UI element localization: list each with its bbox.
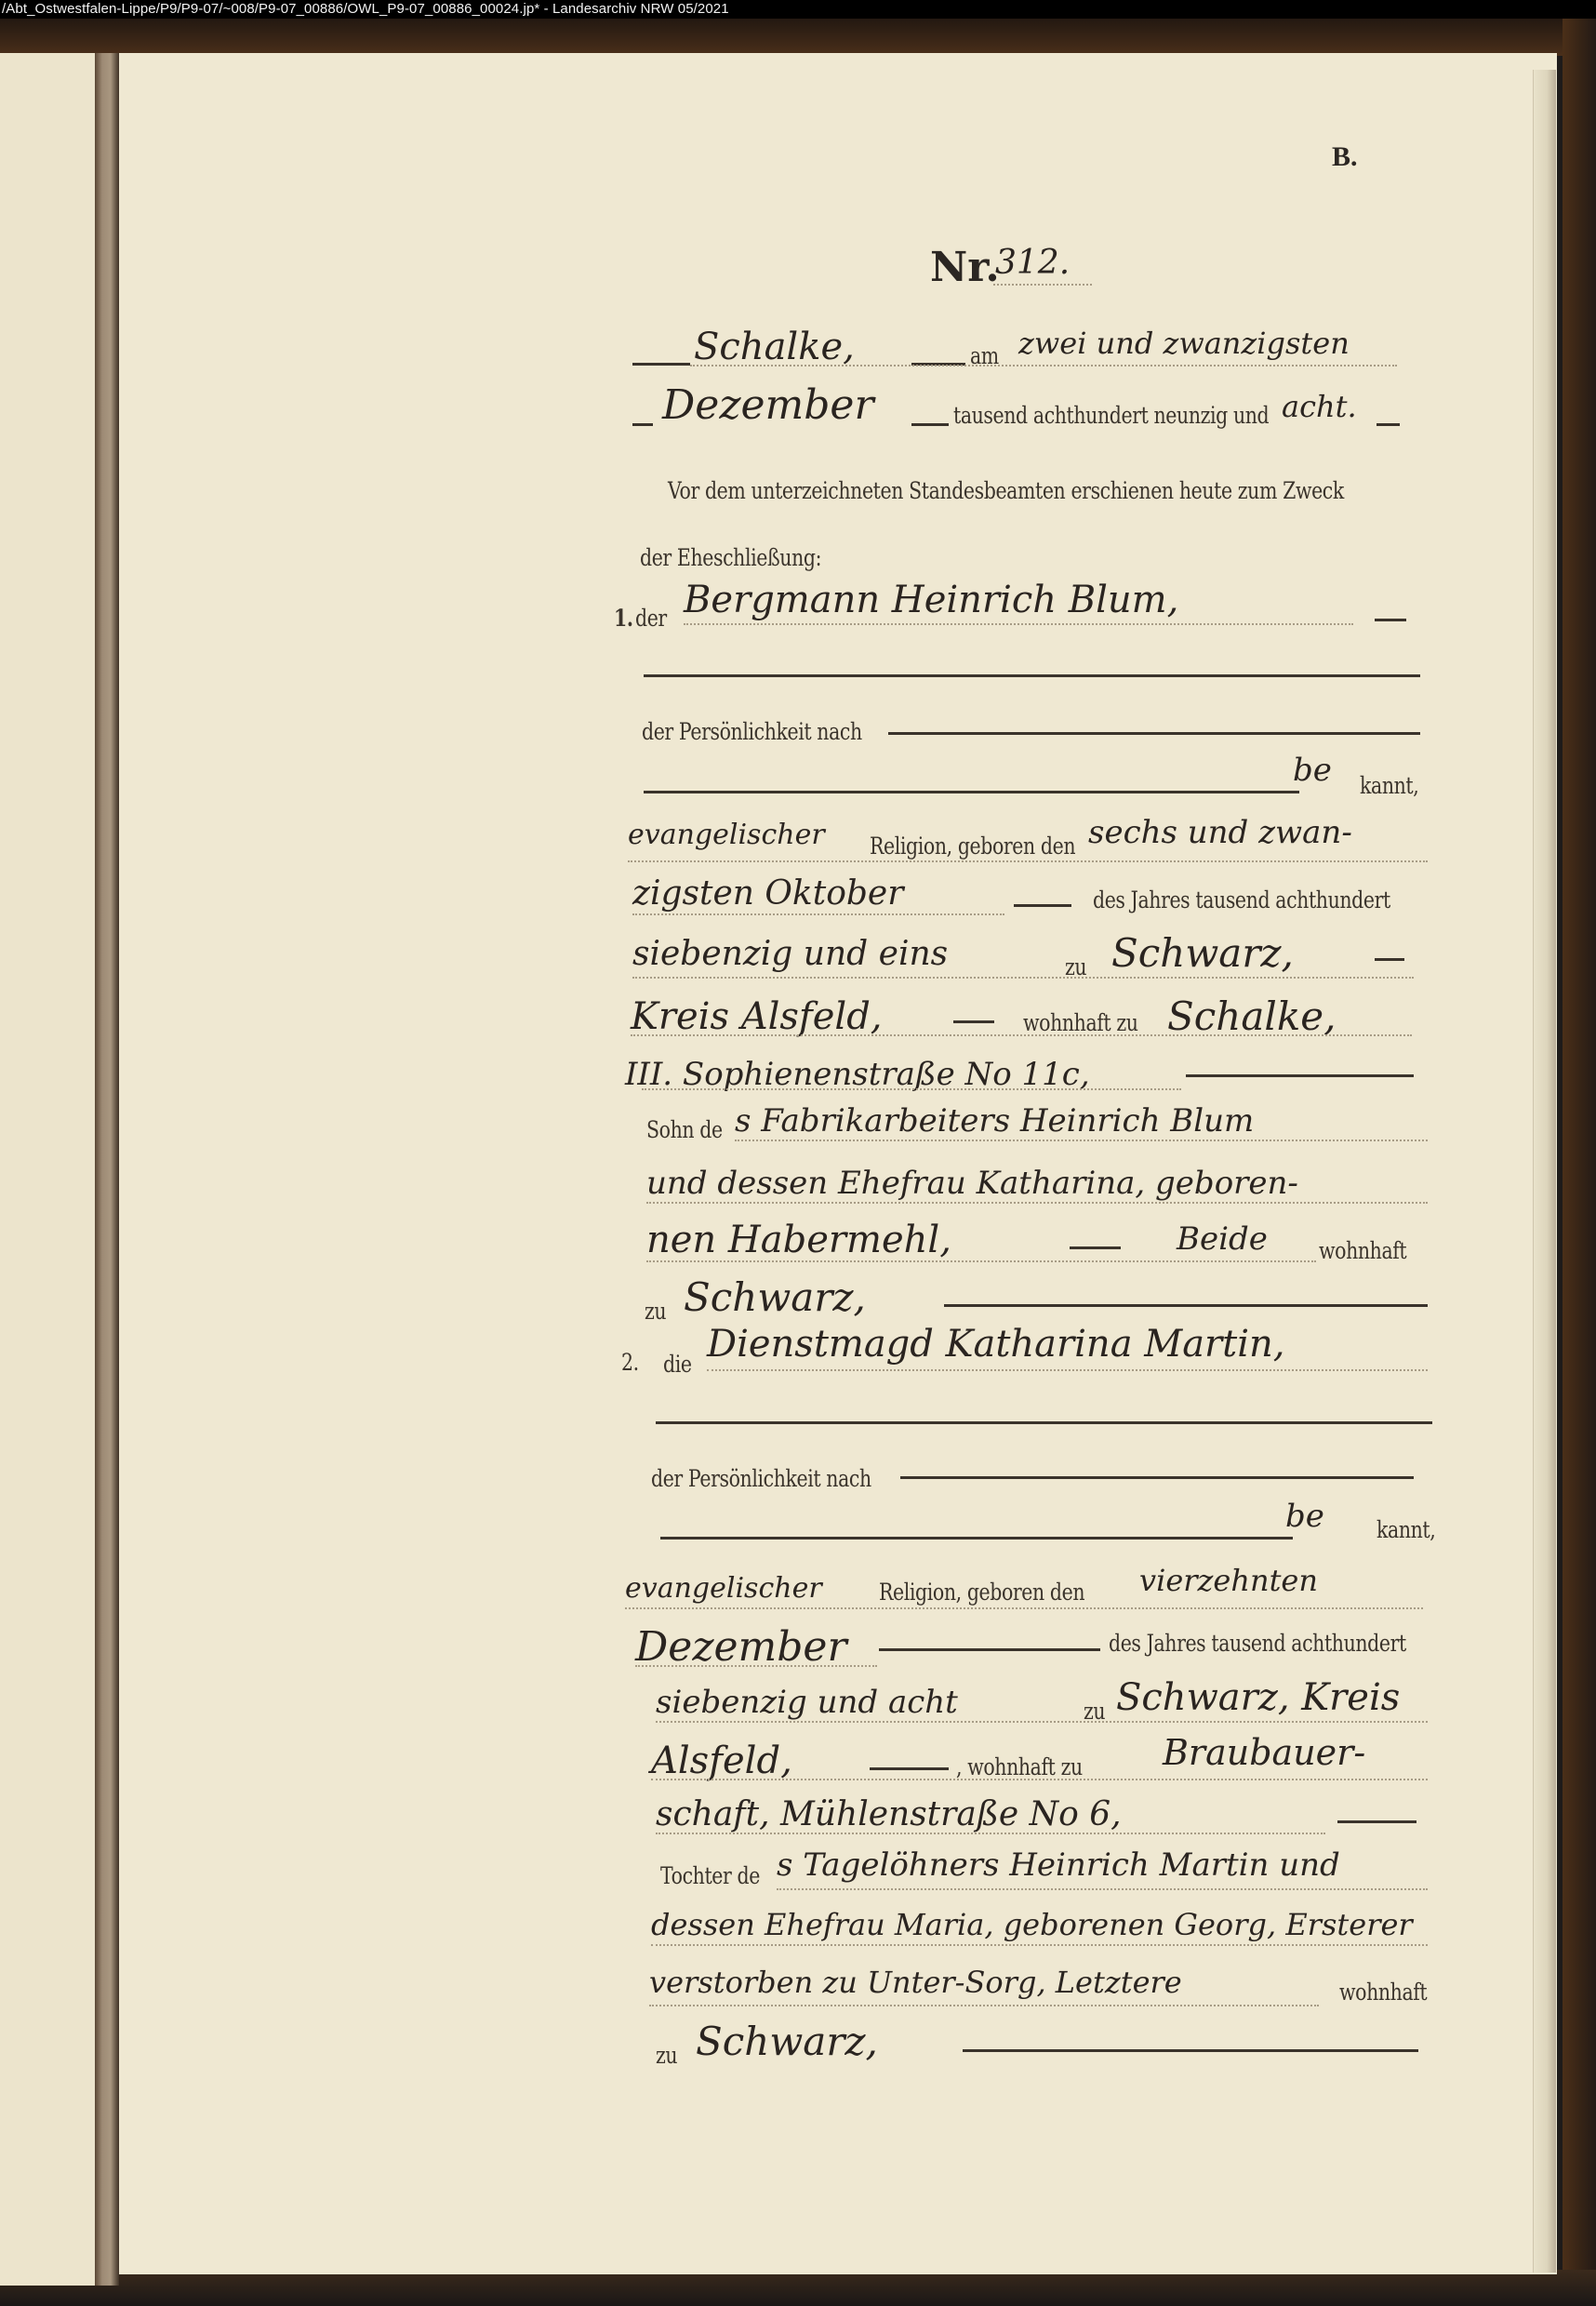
groom-parents-residence-label: wohnhaft bbox=[1319, 1237, 1406, 1264]
fill-rule bbox=[1375, 619, 1406, 621]
bride-known-label: kannt, bbox=[1377, 1516, 1435, 1543]
groom-article: der bbox=[635, 605, 667, 632]
fill-rule bbox=[632, 363, 690, 366]
dotted-line bbox=[656, 1833, 1325, 1834]
groom-father: s Fabrikarbeiters Heinrich Blum bbox=[735, 1102, 1254, 1140]
bride-mother-line: dessen Ehefrau Maria, geborenen Georg, E… bbox=[651, 1907, 1413, 1942]
bride-article: die bbox=[663, 1351, 692, 1378]
groom-residence-label: wohnhaft zu bbox=[1023, 1009, 1138, 1036]
groom-birth-year: siebenzig und eins bbox=[632, 935, 948, 973]
groom-birth-day-part1: sechs und zwan- bbox=[1088, 814, 1352, 851]
fill-rule bbox=[879, 1648, 1100, 1651]
header-place: Schalke, bbox=[694, 326, 855, 368]
bride-birth-year: siebenzig und acht bbox=[656, 1684, 958, 1721]
header-month: Dezember bbox=[662, 381, 874, 429]
bride-residence-label: , wohnhaft zu bbox=[956, 1753, 1083, 1780]
groom-religion: evangelischer bbox=[628, 819, 825, 851]
groom-identity-label: der Persönlichkeit nach bbox=[642, 718, 862, 745]
groom-year-label: des Jahres tausend achthundert bbox=[1093, 886, 1390, 913]
dotted-line bbox=[628, 860, 1428, 862]
dotted-line bbox=[656, 1721, 1428, 1723]
groom-birth-place: Schwarz, bbox=[1111, 930, 1294, 976]
groom-parents-residence: Schwarz, bbox=[684, 1274, 866, 1320]
intro-line-2: der Eheschließung: bbox=[640, 544, 821, 571]
blank-rule bbox=[656, 1421, 1432, 1424]
dotted-line bbox=[684, 623, 1353, 625]
fill-rule bbox=[1014, 904, 1071, 907]
fill-rule bbox=[953, 1020, 994, 1023]
fill-rule bbox=[911, 423, 949, 426]
book-cover-top-edge bbox=[0, 19, 1596, 56]
groom-number: 1. bbox=[614, 605, 633, 632]
bride-birth-month: Dezember bbox=[635, 1623, 847, 1671]
bride-number: 2. bbox=[621, 1349, 639, 1376]
left-page bbox=[0, 53, 95, 2286]
dotted-line bbox=[635, 1665, 877, 1667]
bride-residence-part1: Braubauer- bbox=[1163, 1732, 1365, 1773]
dotted-line bbox=[690, 365, 1397, 367]
dotted-line bbox=[649, 2005, 1319, 2006]
dotted-line bbox=[646, 1202, 1428, 1204]
blank-rule bbox=[644, 674, 1420, 677]
section-label: B. bbox=[1332, 141, 1358, 173]
bride-identity-label: der Persönlichkeit nach bbox=[651, 1465, 871, 1492]
bride-birth-district: Alsfeld, bbox=[651, 1739, 792, 1782]
blank-rule bbox=[644, 791, 1299, 793]
fill-rule bbox=[632, 423, 653, 426]
groom-mother-line: und dessen Ehefrau Katharina, geboren- bbox=[646, 1165, 1298, 1202]
bride-parents-residence: Schwarz, bbox=[696, 2019, 878, 2064]
blank-rule bbox=[900, 1476, 1414, 1479]
dotted-line bbox=[777, 1888, 1428, 1890]
groom-mother-maiden: nen Habermehl, bbox=[646, 1219, 951, 1261]
record-number-label: Nr. bbox=[930, 244, 1000, 291]
window-title-bar: /Abt_Ostwestfalen-Lippe/P9/P9-07/~008/P9… bbox=[0, 0, 1596, 19]
dotted-line bbox=[632, 913, 1004, 915]
groom-street: III. Sophienenstraße No 11c, bbox=[625, 1056, 1090, 1093]
intro-line-1: Vor dem unterzeichneten Standesbeamten e… bbox=[668, 477, 1344, 504]
header-year-label: tausend achthundert neunzig und bbox=[953, 402, 1269, 429]
page-stack-edge bbox=[1533, 70, 1556, 2273]
record-number: 312. bbox=[995, 244, 1070, 282]
book-cover-right-edge bbox=[1563, 19, 1596, 2306]
groom-parents-note: Beide bbox=[1177, 1220, 1268, 1258]
window-title: /Abt_Ostwestfalen-Lippe/P9/P9-07/~008/P9… bbox=[2, 1, 729, 17]
bride-birth-day: vierzehnten bbox=[1139, 1563, 1318, 1598]
blank-rule bbox=[888, 732, 1420, 735]
bride-father: s Tagelöhners Heinrich Martin und bbox=[777, 1846, 1340, 1884]
dotted-line bbox=[642, 1088, 1181, 1090]
blank-rule bbox=[660, 1537, 1293, 1540]
dotted-line bbox=[632, 977, 1414, 979]
bride-residence-part2: schaft, Mühlenstraße No 6, bbox=[656, 1795, 1122, 1833]
bride-deceased-line: verstorben zu Unter-Sorg, Letztere bbox=[649, 1965, 1182, 2000]
dotted-line bbox=[651, 1944, 1428, 1946]
bride-year-label: des Jahres tausend achthundert bbox=[1109, 1630, 1406, 1657]
dotted-line bbox=[625, 1607, 1423, 1609]
bride-daughter-label: Tochter de bbox=[660, 1862, 760, 1889]
groom-birth-day-part2: zigsten Oktober bbox=[632, 874, 903, 913]
dotted-line bbox=[651, 1779, 1428, 1780]
groom-son-label: Sohn de bbox=[646, 1116, 723, 1143]
fill-rule bbox=[963, 2049, 1418, 2052]
groom-known-prefix: be bbox=[1293, 752, 1332, 789]
header-day: zwei und zwanzigsten bbox=[1018, 326, 1350, 361]
dotted-line bbox=[707, 1369, 1428, 1371]
fill-rule bbox=[944, 1304, 1428, 1307]
book-cover-bottom-edge bbox=[0, 2270, 1596, 2306]
bride-parents-zu-label: zu bbox=[656, 2042, 677, 2069]
groom-known-label: kannt, bbox=[1360, 772, 1418, 799]
fill-rule bbox=[1375, 958, 1404, 961]
bride-name-occupation: Dienstmagd Katharina Martin, bbox=[707, 1323, 1285, 1366]
dotted-line bbox=[631, 1034, 1412, 1036]
bride-religion-label: Religion, geboren den bbox=[879, 1579, 1084, 1606]
book-gutter bbox=[95, 53, 119, 2286]
groom-birth-district: Kreis Alsfeld, bbox=[631, 995, 883, 1038]
groom-name-occupation: Bergmann Heinrich Blum, bbox=[684, 579, 1178, 621]
fill-rule bbox=[1337, 1820, 1416, 1823]
bride-religion: evangelischer bbox=[625, 1572, 822, 1605]
bride-known-prefix: be bbox=[1285, 1498, 1324, 1535]
groom-religion-label: Religion, geboren den bbox=[870, 833, 1075, 860]
record-number-dotted-line bbox=[993, 284, 1092, 286]
fill-rule bbox=[1186, 1074, 1414, 1077]
header-year-suffix: acht. bbox=[1282, 389, 1357, 424]
bride-birth-place: Schwarz, Kreis bbox=[1116, 1676, 1400, 1719]
fill-rule bbox=[870, 1767, 949, 1770]
groom-parents-zu-label: zu bbox=[645, 1298, 666, 1325]
fill-rule bbox=[1070, 1246, 1121, 1249]
fill-rule bbox=[1377, 423, 1400, 426]
dotted-line bbox=[735, 1140, 1428, 1141]
dotted-line bbox=[646, 1260, 1316, 1262]
bride-parents-residence-label: wohnhaft bbox=[1339, 1979, 1427, 2006]
groom-residence: Schalke, bbox=[1167, 993, 1336, 1039]
